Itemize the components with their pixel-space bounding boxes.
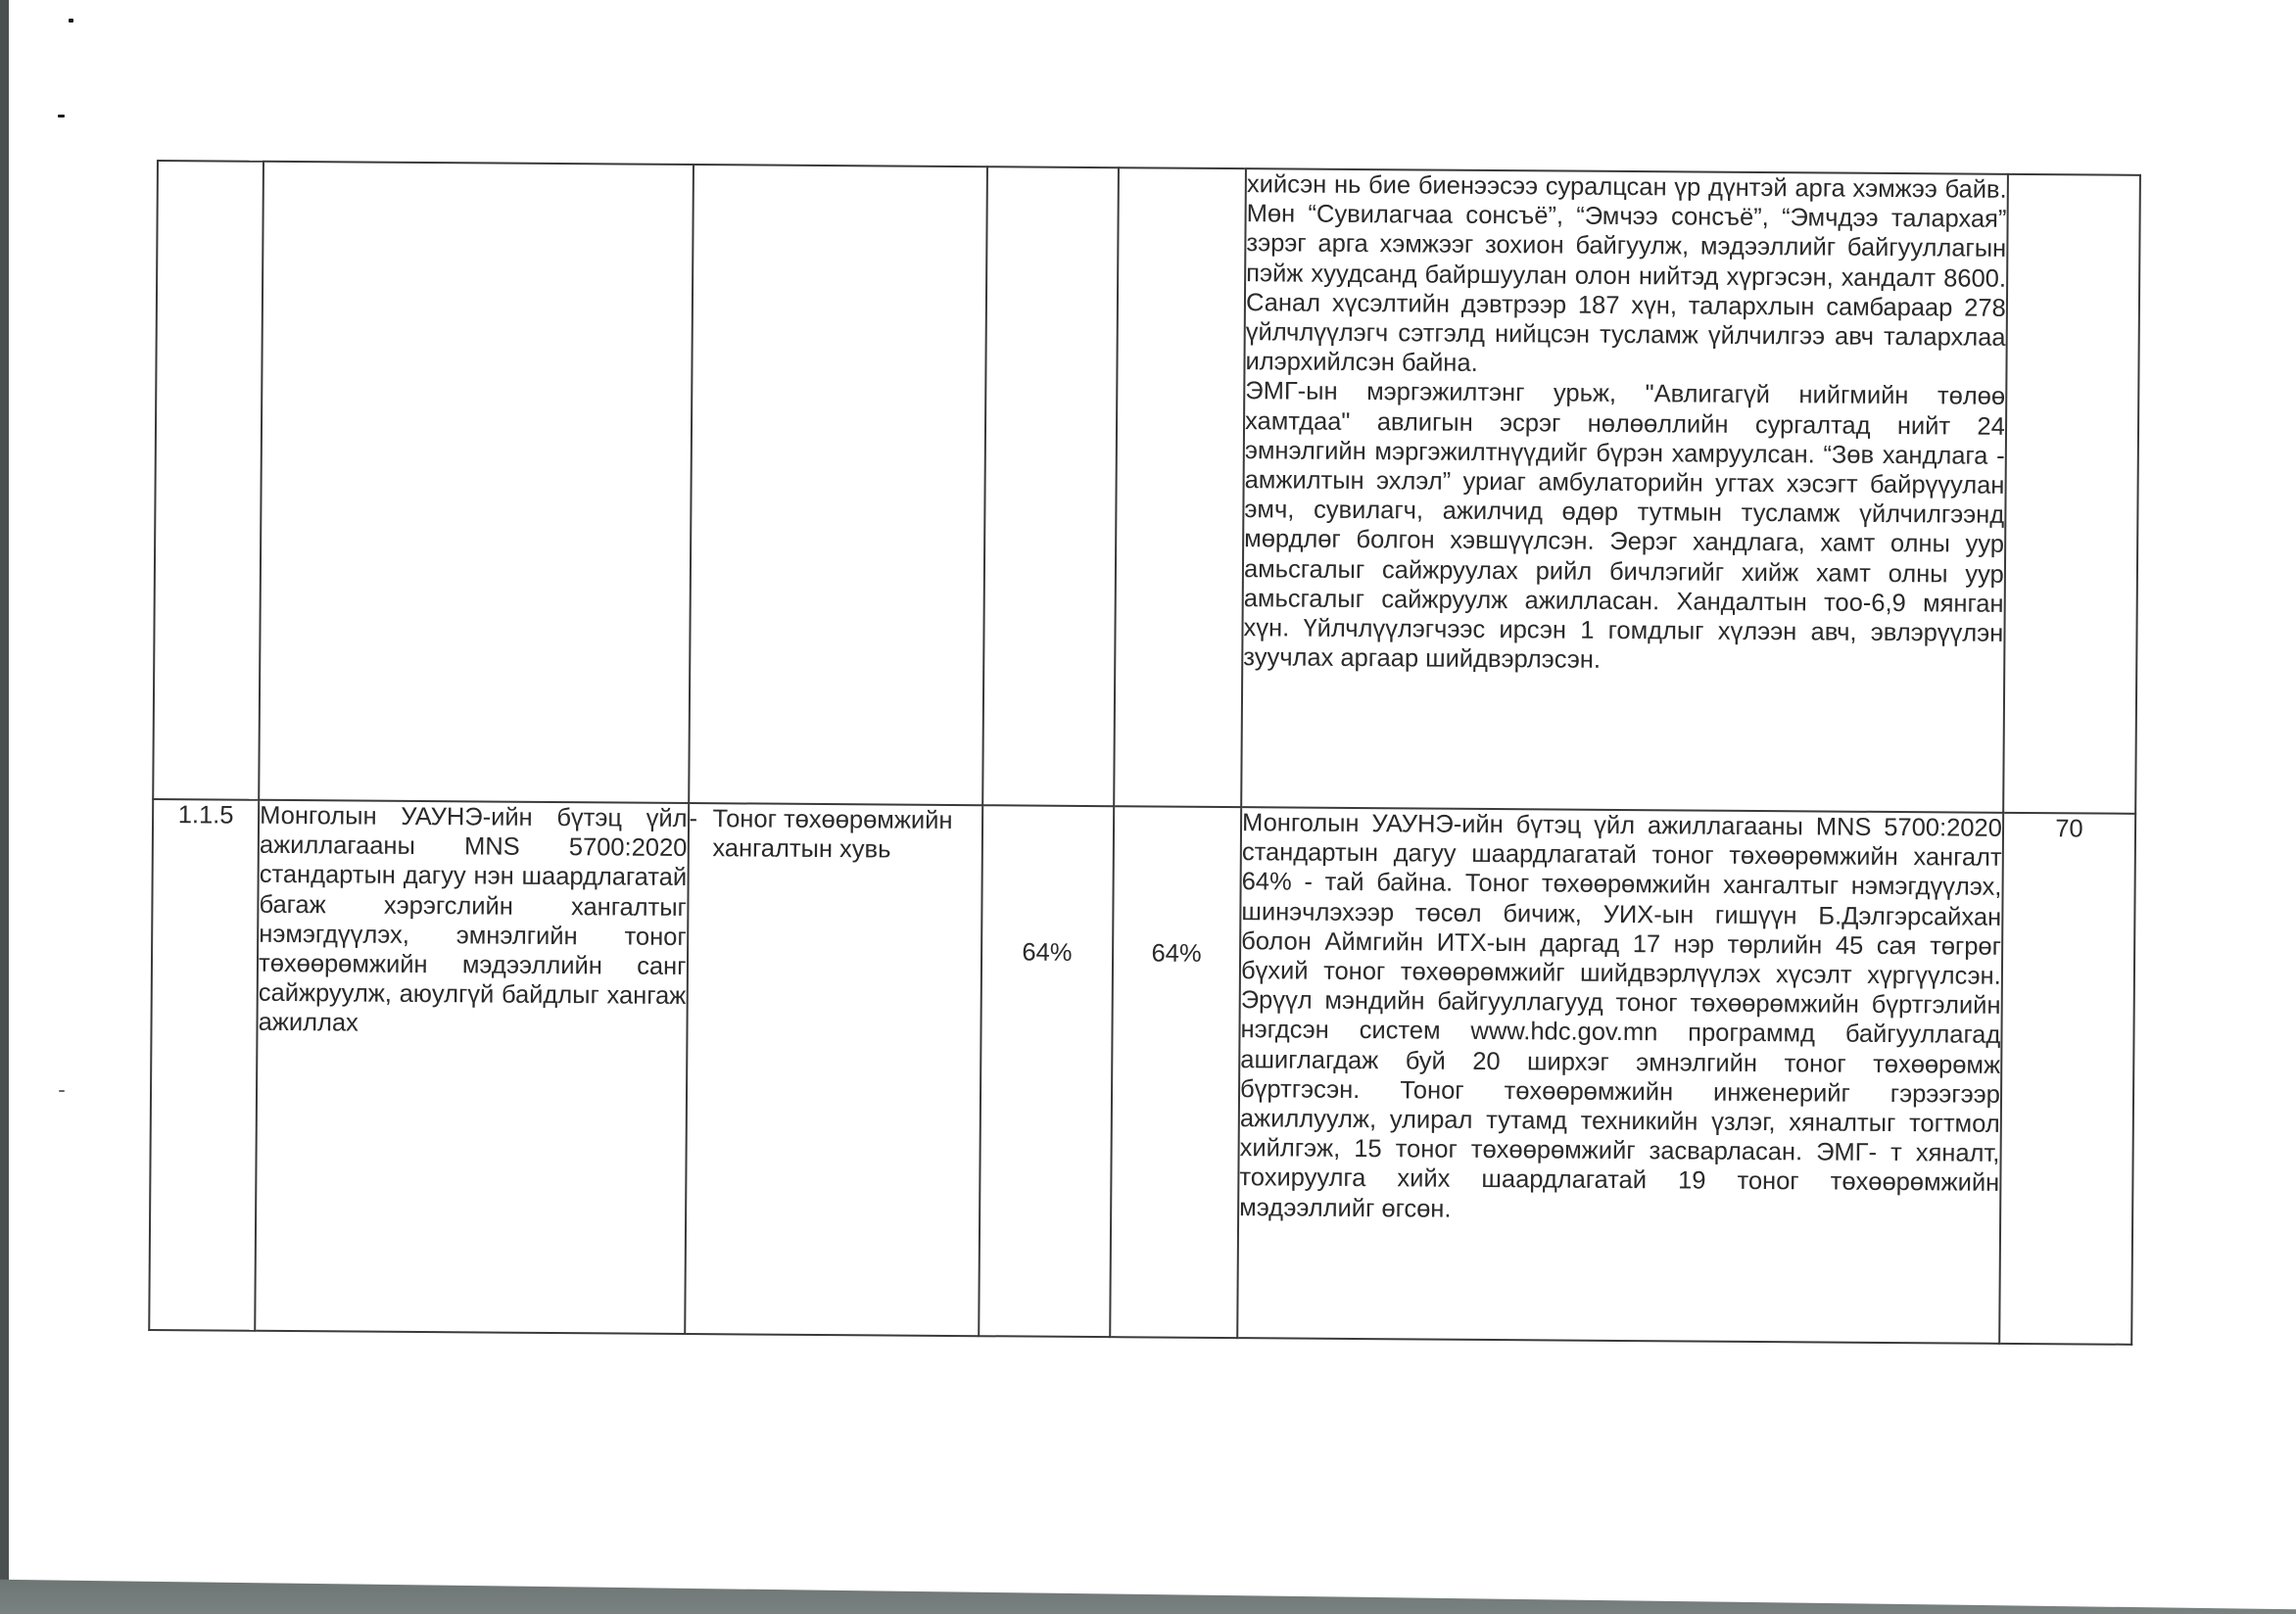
scan-speck (58, 115, 65, 118)
row-number-cell (153, 161, 263, 800)
progress-paragraph: хийсэн нь бие биенээсээ суралцсан үр дүн… (1245, 169, 2006, 382)
score-cell: 70 (1999, 813, 2135, 1345)
indicator-cell (689, 165, 987, 805)
scanned-page: хийсэн нь бие биенээсээ суралцсан үр дүн… (0, 0, 2296, 1614)
progress-text-cell: хийсэн нь бие биенээсээ суралцсан үр дүн… (1241, 168, 2008, 813)
indicator-text: Тоног төхөөрөмжийн хангалтын хувь (712, 804, 981, 865)
progress-text-cell: Монголын УАУНЭ-ийн бүтэц үйл ажиллагааны… (1237, 807, 2003, 1344)
target-cell (1114, 167, 1246, 807)
goal-cell (259, 162, 693, 803)
baseline-value: 64% (982, 937, 1112, 968)
table-row-1-1-5: 1.1.5 Монголын УАУНЭ-ийн бүтэц үйл ажилл… (149, 799, 2135, 1345)
target-cell: 64% (1110, 806, 1241, 1338)
scan-speck (69, 19, 73, 23)
scan-speck (59, 1090, 65, 1092)
progress-paragraph: ЭМГ-ын мэргэжилтэнг урьж, "Авлигагүй ний… (1243, 377, 2005, 679)
table-row-continued: хийсэн нь бие биенээсээ суралцсан үр дүн… (153, 161, 2140, 814)
goal-cell: Монголын УАУНЭ-ийн бүтэц үйл ажиллагааны… (255, 800, 688, 1334)
baseline-cell: 64% (979, 805, 1114, 1337)
scanner-bottom-edge (0, 1575, 2296, 1614)
report-table: хийсэн нь бие биенээсээ суралцсан үр дүн… (148, 160, 2141, 1346)
scanner-left-edge (0, 0, 9, 1614)
progress-paragraph: Монголын УАУНЭ-ийн бүтэц үйл ажиллагааны… (1239, 808, 2002, 1228)
bullet-dash: - (689, 804, 712, 864)
score-cell (2003, 174, 2140, 814)
indicator-cell: - Тоног төхөөрөмжийн хангалтын хувь (685, 803, 982, 1336)
target-value: 64% (1114, 938, 1239, 969)
baseline-cell (982, 166, 1119, 806)
row-number-cell: 1.1.5 (149, 799, 259, 1331)
